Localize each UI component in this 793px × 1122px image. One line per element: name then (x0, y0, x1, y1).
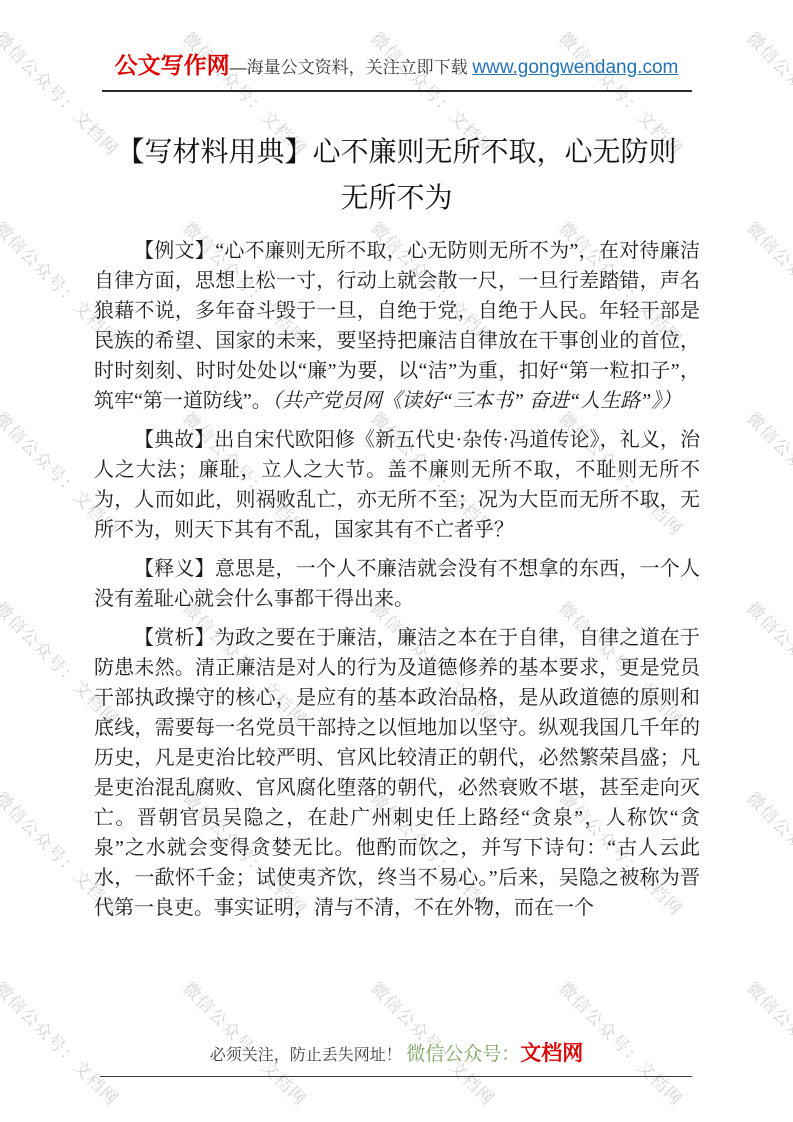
paragraph-analysis-text: 为政之要在于廉洁，廉洁之本在于自律，自律之道在于防患未然。清正廉洁是对人的行为及… (94, 627, 700, 919)
paragraph-allusion: 【典故】出自宋代欧阳修《新五代史·杂传·冯道传论》，礼义，治人之大法；廉耻，立人… (94, 425, 700, 545)
page-footer: 必须关注，防止丢失网址！ 微信公众号：文档网 (0, 1041, 793, 1069)
site-url-link[interactable]: www.gongwendang.com (472, 57, 678, 78)
watermark-text: 微信公众号：文档网 (742, 785, 793, 920)
paragraph-example: 【例文】“心不廉则无所不取，心无防则无所不为”，在对待廉洁自律方面，思想上松一寸… (94, 236, 700, 416)
paragraph-definition-label: 【释义】 (134, 558, 215, 580)
footer-divider (100, 1076, 692, 1077)
paragraph-allusion-label: 【典故】 (134, 429, 214, 451)
footer-wechat-label: 微信公众号： (406, 1044, 520, 1065)
document-page: 微信公众号：文档网微信公众号：文档网微信公众号：文档网微信公众号：文档网微信公众… (0, 0, 793, 1122)
paragraph-example-text: “心不廉则无所不取，心无防则无所不为”，在对待廉洁自律方面，思想上松一寸，行动上… (94, 240, 700, 412)
paragraph-definition: 【释义】意思是，一个人不廉洁就会没有不想拿的东西，一个人没有羞耻心就会什么事都干… (94, 554, 700, 614)
paragraph-analysis-label: 【赏析】 (134, 627, 215, 649)
footer-brand-name: 文档网 (520, 1042, 583, 1065)
watermark-text: 微信公众号：文档网 (0, 25, 126, 160)
watermark-text: 微信公众号：文档网 (742, 595, 793, 730)
paragraph-example-label: 【例文】 (134, 240, 215, 262)
header-divider (102, 90, 692, 92)
watermark-text: 微信公众号：文档网 (742, 405, 793, 540)
paragraph-example-citation: （共产党员网《读好“三本书” 奋进“人生路”》） (272, 390, 682, 412)
watermark-text: 微信公众号：文档网 (742, 215, 793, 350)
document-body: 【例文】“心不廉则无所不取，心无防则无所不为”，在对待廉洁自律方面，思想上松一寸… (94, 236, 700, 932)
page-header: 公文写作网—海量公文资料，关注立即下载 www.gongwendang.com (0, 50, 793, 84)
site-name: 公文写作网 (115, 52, 230, 78)
document-title: 【写材料用典】心不廉则无所不取，心无防则无所不为 (109, 130, 685, 222)
paragraph-analysis: 【赏析】为政之要在于廉洁，廉洁之本在于自律，自律之道在于防患未然。清正廉洁是对人… (94, 623, 700, 923)
watermark-text: 微信公众号：文档网 (742, 25, 793, 160)
site-tagline: —海量公文资料，关注立即下载 (230, 58, 473, 77)
footer-warning-text: 必须关注，防止丢失网址！ (210, 1047, 402, 1064)
